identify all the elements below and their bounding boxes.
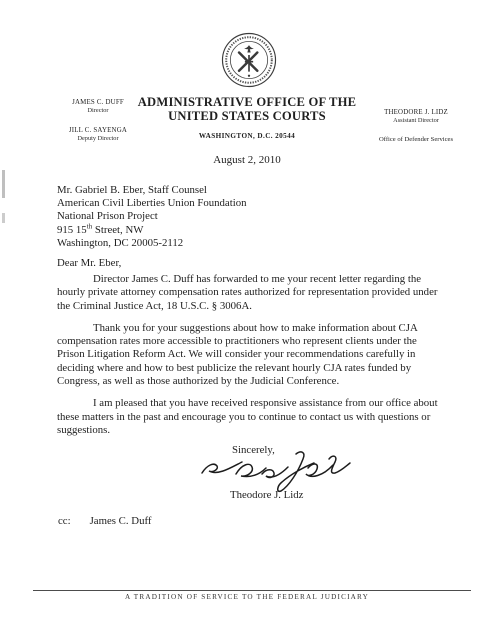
cc-label: cc: (58, 515, 71, 527)
scan-artifact (2, 213, 5, 223)
official-name: THEODORE J. LIDZ (352, 109, 480, 117)
body-paragraph-2: Thank you for your suggestions about how… (57, 322, 447, 388)
recipient-address: Mr. Gabriel B. Eber, Staff Counsel Ameri… (57, 184, 247, 250)
recipient-org: American Civil Liberties Union Foundatio… (57, 197, 247, 210)
us-courts-seal-icon (220, 30, 278, 95)
recipient-name: Mr. Gabriel B. Eber, Staff Counsel (57, 184, 247, 197)
footer-motto: A TRADITION OF SERVICE TO THE FEDERAL JU… (0, 593, 494, 601)
official-title: Assistant Director (352, 117, 480, 125)
signer-name: Theodore J. Lidz (230, 489, 303, 501)
cc-name: James C. Duff (90, 515, 152, 527)
letter-date: August 2, 2010 (0, 154, 494, 166)
street-number: 915 15 (57, 224, 87, 236)
letter-body: Director James C. Duff has forwarded to … (57, 273, 447, 446)
agency-name-line1: ADMINISTRATIVE OFFICE OF THE (122, 95, 372, 109)
recipient-street: 915 15th Street, NW (57, 224, 247, 237)
recipient-project: National Prison Project (57, 210, 247, 223)
body-paragraph-1: Director James C. Duff has forwarded to … (57, 273, 447, 313)
footer-rule (33, 590, 471, 591)
body-paragraph-3: I am pleased that you have received resp… (57, 397, 447, 437)
cc-line: cc:James C. Duff (58, 515, 151, 527)
agency-name-line2: UNITED STATES COURTS (122, 109, 372, 123)
letterhead-agency-block: ADMINISTRATIVE OFFICE OF THE UNITED STAT… (122, 95, 372, 140)
official-assistant-director: THEODORE J. LIDZ Assistant Director (352, 109, 480, 125)
office-name: Office of Defender Services (352, 136, 480, 143)
salutation: Dear Mr. Eber, (57, 257, 121, 269)
letter-page: JAMES C. DUFF Director JILL C. SAYENGA D… (0, 0, 494, 632)
agency-address: WASHINGTON, D.C. 20544 (122, 132, 372, 140)
scan-artifact (2, 170, 5, 198)
street-rest: Street, NW (92, 224, 143, 236)
letterhead-right-officials: THEODORE J. LIDZ Assistant Director Offi… (352, 109, 480, 143)
recipient-city: Washington, DC 20005-2112 (57, 237, 247, 250)
